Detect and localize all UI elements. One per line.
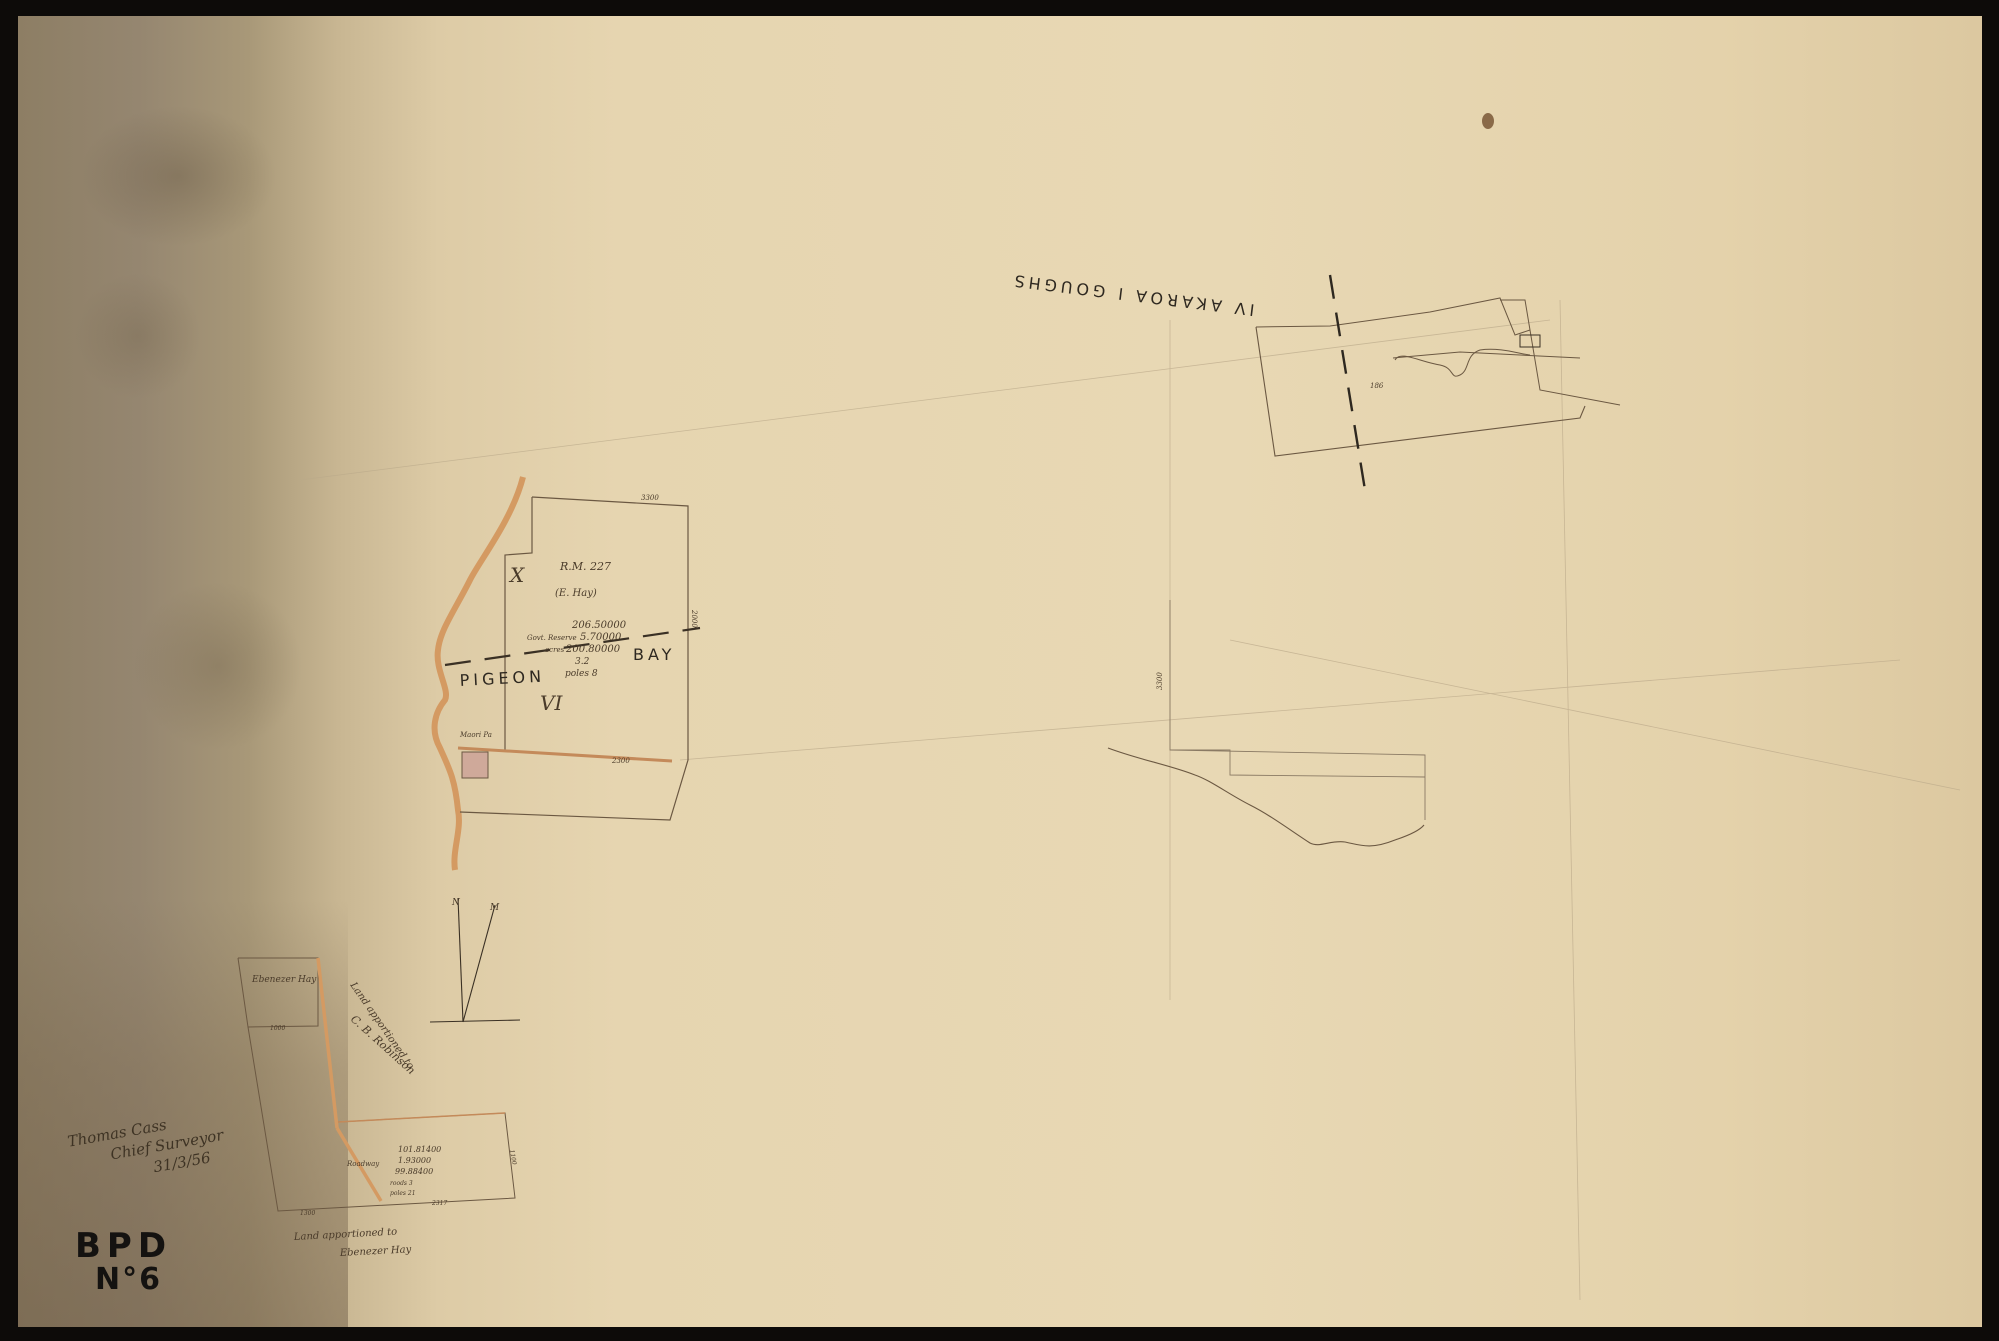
dimension-top: 3300 xyxy=(641,494,659,502)
block-vi-label: VI xyxy=(540,691,563,715)
ebenezer-area-3: 99.88400 xyxy=(395,1167,433,1176)
owner-label-top: Ebenezer Hay xyxy=(251,975,317,985)
district-label-akaroa: IV AKAROA I GOUGHS xyxy=(1010,271,1256,320)
true-north-label: N xyxy=(451,898,461,908)
block-x-label: X xyxy=(508,563,525,587)
ink-blot xyxy=(1482,113,1494,129)
area-prefix: Govt. Reserve xyxy=(527,634,577,642)
coast-plan: 3300 xyxy=(1108,600,1425,846)
magnetic-north-label: M xyxy=(489,903,500,913)
dimension-bottom: 2300 xyxy=(611,757,630,765)
ebenezer-road xyxy=(318,958,337,1128)
maori-pa-reserve xyxy=(462,752,488,778)
ebenezer-hay-plan: Ebenezer Hay 1000 Land apportioned to C.… xyxy=(238,958,518,1259)
ebenezer-rods: roods 3 xyxy=(390,1180,413,1187)
reserve-ref: R.M. 227 xyxy=(559,560,611,573)
side-note: 3300 xyxy=(1156,672,1164,690)
survey-map-drawing: X R.M. 227 (E. Hay) 206.50000 Govt. Rese… xyxy=(0,0,1999,1341)
ebenezer-area-2: 1.93000 xyxy=(398,1156,431,1165)
district-boundary-dashed-akaroa xyxy=(1330,275,1365,490)
coastline xyxy=(1108,748,1424,846)
maori-pa-label: Maori Pa xyxy=(459,731,492,739)
district-label-pigeon: PIGEON xyxy=(459,667,545,690)
caption-line-2: Ebenezer Hay xyxy=(339,1244,412,1259)
dimension-bottom-ebenezer: 2317 xyxy=(431,1200,447,1207)
bpd-stamp: BPD xyxy=(75,1226,172,1266)
north-arrow: N M xyxy=(430,898,520,1022)
number-stamp: N°6 xyxy=(95,1262,162,1297)
roadway-label: Roadway xyxy=(346,1160,380,1168)
ebenezer-area-1: 101.81400 xyxy=(398,1145,441,1154)
district-label-bay: BAY xyxy=(633,645,675,664)
poles-label: poles 8 xyxy=(565,669,598,679)
construction-lines xyxy=(300,300,1960,1300)
pigeon-bay-plan: X R.M. 227 (E. Hay) 206.50000 Govt. Rese… xyxy=(435,477,700,870)
ebenezer-poles: poles 21 xyxy=(390,1190,416,1197)
dimension-top-ebenezer: 1000 xyxy=(270,1025,285,1032)
dimension-side: 2000 xyxy=(690,609,698,628)
rods-label: 3.2 xyxy=(575,657,590,667)
area-line-2: 5.70000 xyxy=(580,632,622,643)
akaroa-plan: IV AKAROA I GOUGHS 186 xyxy=(1010,271,1620,490)
caption-line-1: Land apportioned to xyxy=(293,1227,398,1243)
dimension-right-ebenezer: 1100 xyxy=(508,1149,518,1165)
area-line-1: 206.50000 xyxy=(571,620,627,631)
section-number: 186 xyxy=(1370,382,1384,390)
owner-label: (E. Hay) xyxy=(555,588,597,599)
area-prefix-2: acres xyxy=(545,646,565,654)
dimension-left-ebenezer: 1300 xyxy=(300,1210,315,1217)
area-line-3: 200.80000 xyxy=(565,644,621,655)
boundary-line xyxy=(458,748,672,761)
